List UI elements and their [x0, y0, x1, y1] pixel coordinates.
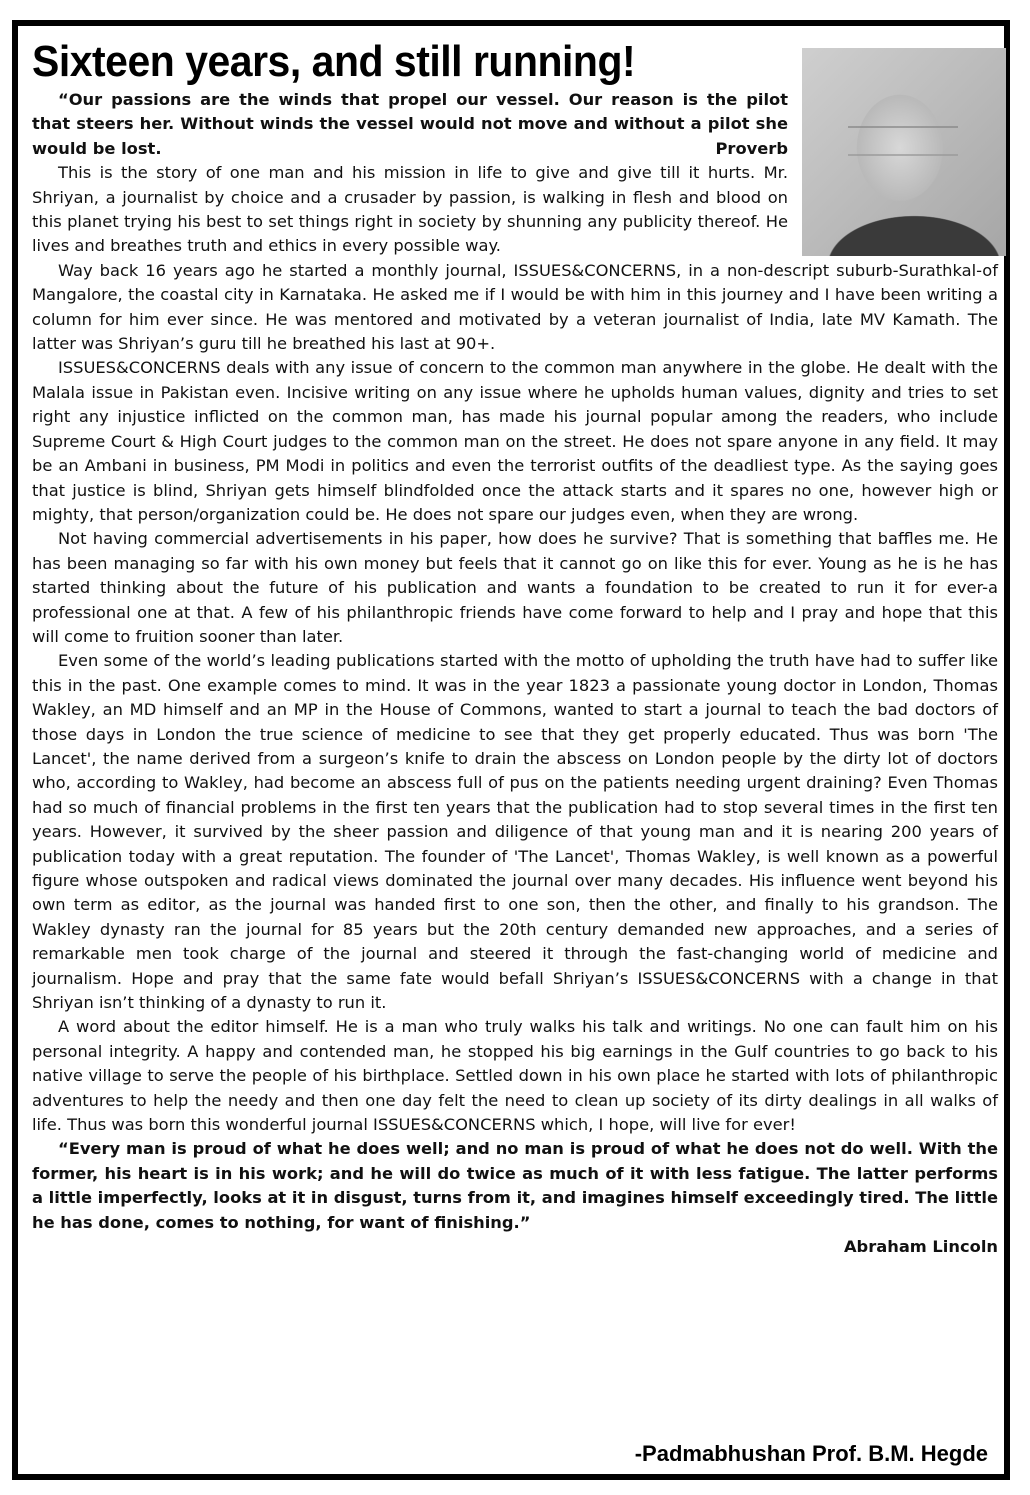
article-title: Sixteen years, and still running!	[32, 36, 635, 88]
paragraph-6: A word about the editor himself. He is a…	[32, 1015, 998, 1137]
article-frame: Sixteen years, and still running! “Our p…	[12, 20, 1010, 1480]
closing-quote: “Every man is proud of what he does well…	[32, 1137, 998, 1235]
article-body: “Our passions are the winds that propel …	[32, 88, 998, 1260]
paragraph-5: Even some of the world’s leading publica…	[32, 649, 998, 1015]
paragraph-3: ISSUES&CONCERNS deals with any issue of …	[32, 356, 998, 527]
epigraph-block: “Our passions are the winds that propel …	[32, 88, 788, 259]
paragraph-4: Not having commercial advertisements in …	[32, 527, 998, 649]
closing-quote-attribution: Abraham Lincoln	[32, 1235, 998, 1259]
paragraph-1: This is the story of one man and his mis…	[32, 161, 788, 259]
author-byline: -Padmabhushan Prof. B.M. Hegde	[635, 1440, 988, 1468]
paragraph-2: Way back 16 years ago he started a month…	[32, 259, 998, 357]
